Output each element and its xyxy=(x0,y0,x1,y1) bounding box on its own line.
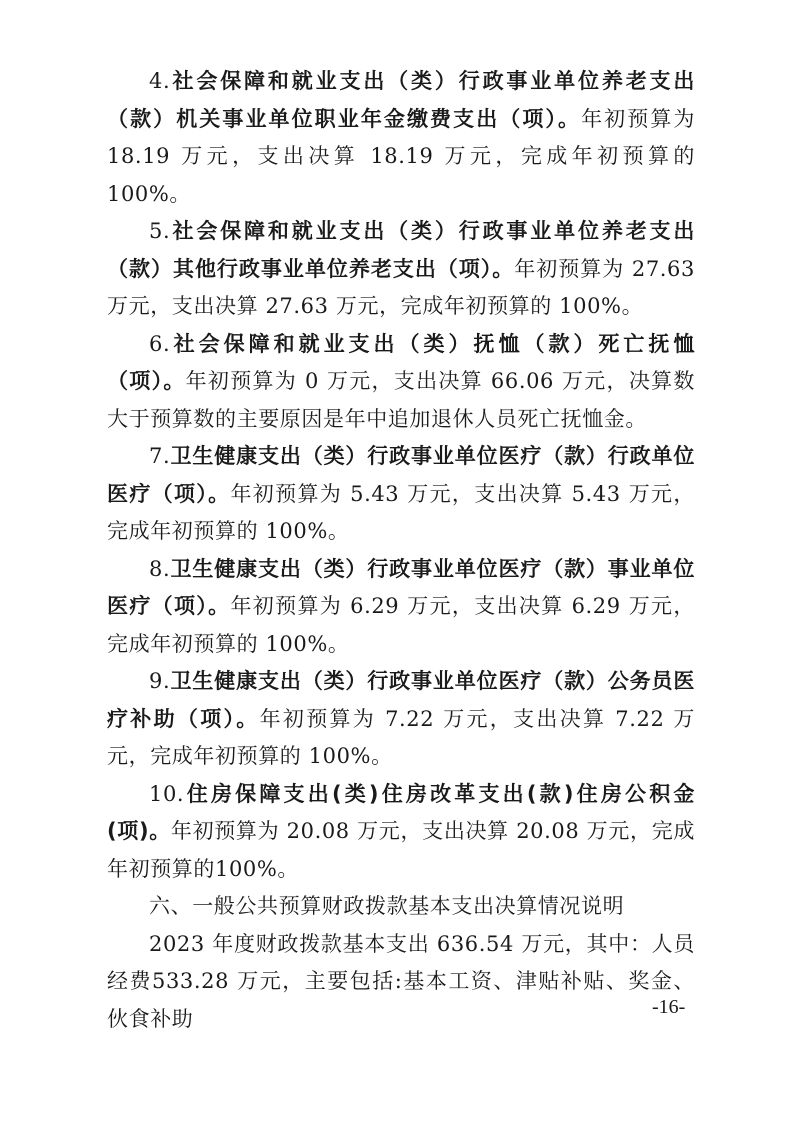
item-number: 7. xyxy=(149,444,170,468)
item-number: 6. xyxy=(149,332,170,356)
list-item-10: 10.住房保障支出(类)住房改革支出(款)住房公积金(项)。年初预算为 20.0… xyxy=(107,776,695,889)
list-item-8: 8.卫生健康支出（类）行政事业单位医疗（款）事业单位医疗（项）。年初预算为 6.… xyxy=(107,551,695,664)
item-text: 年初预算为 0 万元，支出决算 66.06 万元，决算数大于预算数的主要原因是年… xyxy=(107,369,695,431)
list-item-7: 7.卫生健康支出（类）行政事业单位医疗（款）行政单位医疗（项）。年初预算为 5.… xyxy=(107,438,695,551)
section-paragraph: 2023 年度财政拨款基本支出 636.54 万元，其中：人员经费533.28 … xyxy=(107,926,695,1039)
item-number: 4. xyxy=(149,69,170,93)
list-item-4: 4.社会保障和就业支出（类）行政事业单位养老支出（款）机关事业单位职业年金缴费支… xyxy=(107,63,695,213)
list-item-5: 5.社会保障和就业支出（类）行政事业单位养老支出（款）其他行政事业单位养老支出（… xyxy=(107,213,695,326)
list-item-9: 9.卫生健康支出（类）行政事业单位医疗（款）公务员医疗补助（项）。年初预算为 7… xyxy=(107,663,695,776)
item-number: 9. xyxy=(149,669,170,693)
document-body: 4.社会保障和就业支出（类）行政事业单位养老支出（款）机关事业单位职业年金缴费支… xyxy=(107,63,695,1038)
section-heading: 六、一般公共预算财政拨款基本支出决算情况说明 xyxy=(107,888,695,926)
item-text: 年初预算为 20.08 万元，支出决算 20.08 万元，完成年初预算的100%… xyxy=(107,819,695,881)
item-number: 10. xyxy=(149,782,184,806)
item-number: 8. xyxy=(149,557,170,581)
page-number: -16- xyxy=(652,996,685,1019)
list-item-6: 6.社会保障和就业支出（类）抚恤（款）死亡抚恤（项）。年初预算为 0 万元，支出… xyxy=(107,326,695,439)
item-number: 5. xyxy=(149,219,170,243)
